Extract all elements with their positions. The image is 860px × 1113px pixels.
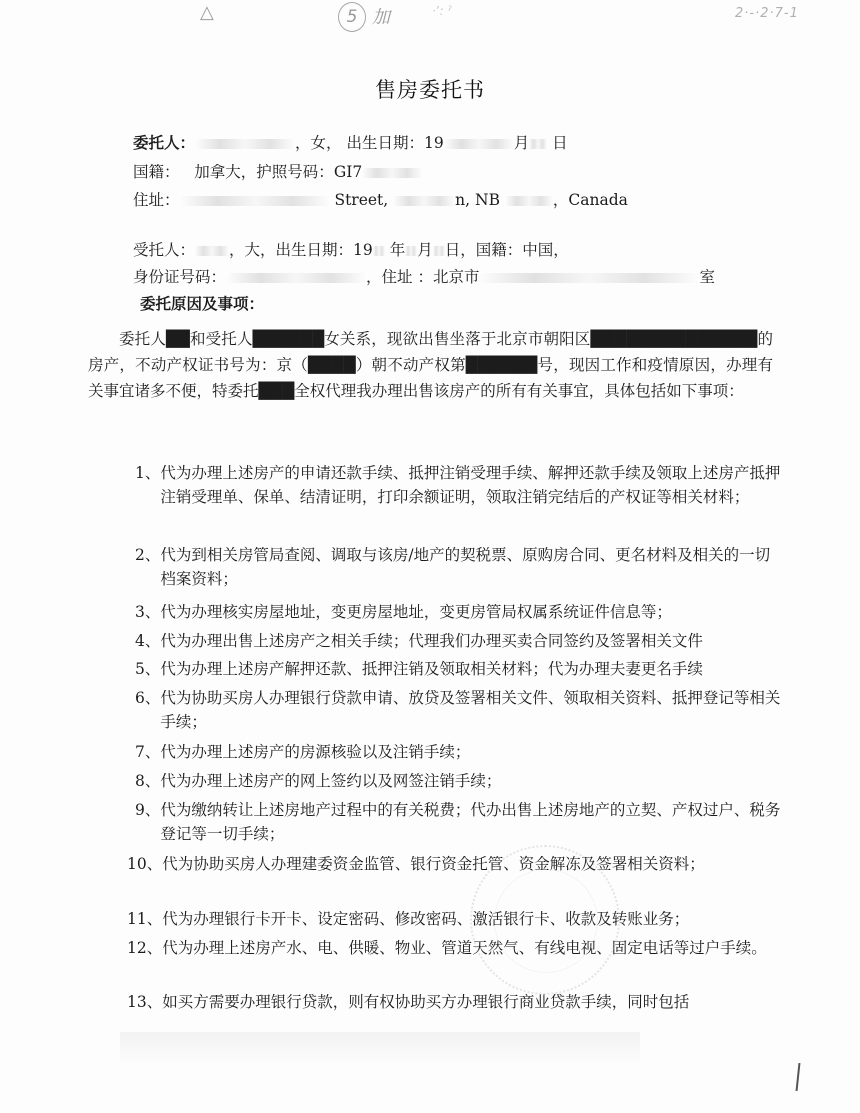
address-label: 住址：	[133, 191, 180, 209]
handwritten-note: 加	[372, 3, 390, 29]
agent-line: 受托人：，大，出生日期：19 年月日，国籍：中国，	[133, 240, 569, 260]
redacted-dob-day	[529, 139, 547, 149]
handwritten-circled-number: 5	[338, 2, 366, 32]
list-item: 1、代为办理上述房产的申请还款手续、抵押注销受理手续、解押还款手续及领取上述房产…	[135, 461, 785, 509]
redacted-agent-month	[405, 246, 417, 256]
nationality-label: 国籍：	[133, 163, 180, 181]
scan-smudge	[120, 1032, 640, 1062]
agent-address-end: 室	[699, 268, 715, 286]
principal-dob-day: 日	[552, 134, 568, 152]
agent-month: 月	[417, 241, 433, 259]
item-text: 如买方需要办理银行贷款，则有权协助买方办理银行商业贷款手续，同时包括	[162, 990, 787, 1014]
principal-label: 委托人：	[133, 133, 195, 152]
list-item: 5、代为办理上述房产解押还款、抵押注销及领取相关材料；代为办理夫妻更名手续	[135, 657, 785, 681]
agent-day: 日，	[445, 241, 476, 259]
passport-prefix: GI7	[334, 163, 362, 181]
address-province: NB	[475, 191, 500, 209]
faint-seal-stamp	[470, 845, 620, 995]
list-item: 9、代为缴纳转让上述房地产过程中的有关税费；代办出售上述房地产的立契、产权过户、…	[135, 798, 785, 846]
redacted-id-number	[226, 273, 366, 283]
agent-gender: ，大，	[229, 241, 276, 259]
list-item: 6、代为协助买房人办理银行贷款申请、放贷及签署相关文件、领取相关资料、抵押登记等…	[135, 686, 785, 734]
item-text: 代为办理上述房产的房源核验以及注销手续；	[160, 740, 785, 764]
address-line: 住址： Street, n, NB ，Canada	[133, 190, 628, 210]
handwritten-scribble: ·ʼ: ˀ	[432, 4, 452, 18]
agent-label: 受托人：	[133, 241, 195, 259]
handwritten-reference-number: 2·-·2·7-1	[735, 6, 799, 21]
redacted-agent-name	[195, 246, 229, 256]
agent-year: 年	[390, 241, 406, 259]
item-number: 12、	[127, 936, 162, 960]
redacted-agent-address	[479, 273, 699, 283]
item-text: 代为办理上述房产的申请还款手续、抵押注销受理手续、解押还款手续及领取上述房产抵押…	[160, 461, 785, 509]
document-title: 售房委托书	[0, 74, 860, 104]
agent-dob-year: 19	[353, 241, 373, 259]
principal-dob-label: 出生日期：	[346, 134, 424, 152]
redacted-street	[180, 196, 330, 206]
agent-nationality: 国籍：中国，	[476, 241, 569, 259]
item-text: 代为协助买房人办理建委资金监管、银行资金托管、资金解冻及签署相关资料；	[162, 852, 787, 876]
nationality-line: 国籍： 加拿大，护照号码：GI7	[133, 162, 422, 182]
principal-dob-year: 19	[424, 134, 444, 152]
list-item: 11、代为办理银行卡开卡、设定密码、修改密码、激活银行卡、收款及转账业务；	[127, 907, 787, 931]
agent-dob-label: 出生日期：	[276, 241, 354, 259]
item-number: 8、	[135, 769, 160, 793]
address-country: ，Canada	[553, 191, 628, 209]
item-text: 代为到相关房管局查阅、调取与该房/地产的契税票、原购房合同、更名材料及相关的一切…	[160, 543, 785, 591]
nationality-value: 加拿大，护照号码：	[194, 163, 334, 181]
redacted-city	[393, 196, 455, 206]
item-text: 代为协助买房人办理银行贷款申请、放贷及签署相关文件、领取相关资料、抵押登记等相关…	[160, 686, 785, 734]
redacted-dob	[444, 139, 514, 149]
item-text: 代为办理上述房产解押还款、抵押注销及领取相关材料；代为办理夫妻更名手续	[160, 657, 785, 681]
redacted-passport	[362, 168, 422, 178]
item-text: 代为办理出售上述房产之相关手续；代理我们办理买卖合同签约及签署相关文件	[160, 629, 785, 653]
item-number: 7、	[135, 740, 160, 764]
item-text: 代为办理核实房屋地址，变更房屋地址，变更房管局权属系统证件信息等；	[160, 600, 785, 624]
agent-id-line: 身份证号码：，住址 ：北京市室	[133, 267, 715, 287]
item-number: 1、	[135, 461, 160, 509]
agent-id-label: 身份证号码：	[133, 268, 226, 286]
seal-inner-ring	[494, 869, 598, 973]
item-number: 5、	[135, 657, 160, 681]
item-number: 4、	[135, 629, 160, 653]
principal-gender: ，女，	[295, 134, 342, 152]
redacted-name	[195, 139, 295, 149]
list-item: 12、代为办理上述房产水、电、供暖、物业、管道天然气、有线电视、固定电话等过户手…	[127, 936, 787, 960]
redacted-agent-day	[433, 246, 445, 256]
section-heading: 委托原因及事项：	[140, 294, 264, 314]
address-city: n,	[455, 191, 470, 209]
item-number: 6、	[135, 686, 160, 734]
handwritten-triangle-mark: △	[200, 2, 214, 23]
list-item: 8、代为办理上述房产的网上签约以及网签注销手续；	[135, 769, 785, 793]
redacted-agent-year	[373, 246, 385, 256]
item-text: 代为办理上述房产的网上签约以及网签注销手续；	[160, 769, 785, 793]
address-street: Street,	[334, 191, 388, 209]
list-item: 7、代为办理上述房产的房源核验以及注销手续；	[135, 740, 785, 764]
list-item: 3、代为办理核实房屋地址，变更房屋地址，变更房管局权属系统证件信息等；	[135, 600, 785, 624]
item-number: 3、	[135, 600, 160, 624]
agent-address-label: ，住址 ：北京市	[366, 268, 479, 286]
list-item: 4、代为办理出售上述房产之相关手续；代理我们办理买卖合同签约及签署相关文件	[135, 629, 785, 653]
item-number: 13、	[127, 990, 162, 1014]
principal-line: 委托人：，女， 出生日期：19月 日	[133, 133, 568, 153]
list-item: 13、如买方需要办理银行贷款，则有权协助买方办理银行商业贷款手续，同时包括	[127, 990, 787, 1014]
intro-paragraph: 委托人██和受托人██████女关系，现欲出售坐落于北京市朝阳区████████…	[88, 326, 773, 404]
item-number: 9、	[135, 798, 160, 846]
list-item: 2、代为到相关房管局查阅、调取与该房/地产的契税票、原购房合同、更名材料及相关的…	[135, 543, 785, 591]
list-item: 10、代为协助买房人办理建委资金监管、银行资金托管、资金解冻及签署相关资料；	[127, 852, 787, 876]
item-text: 代为缴纳转让上述房地产过程中的有关税费；代办出售上述房地产的立契、产权过户、税务…	[160, 798, 785, 846]
page-number-mark	[796, 1063, 801, 1091]
redacted-postal-code	[505, 196, 553, 206]
item-number: 2、	[135, 543, 160, 591]
document-page: △ 5 加 ·ʼ: ˀ 2·-·2·7-1 售房委托书 委托人：，女， 出生日期…	[0, 0, 860, 1113]
item-number: 11、	[127, 907, 162, 931]
item-number: 10、	[127, 852, 162, 876]
principal-dob-month: 月	[514, 134, 530, 152]
